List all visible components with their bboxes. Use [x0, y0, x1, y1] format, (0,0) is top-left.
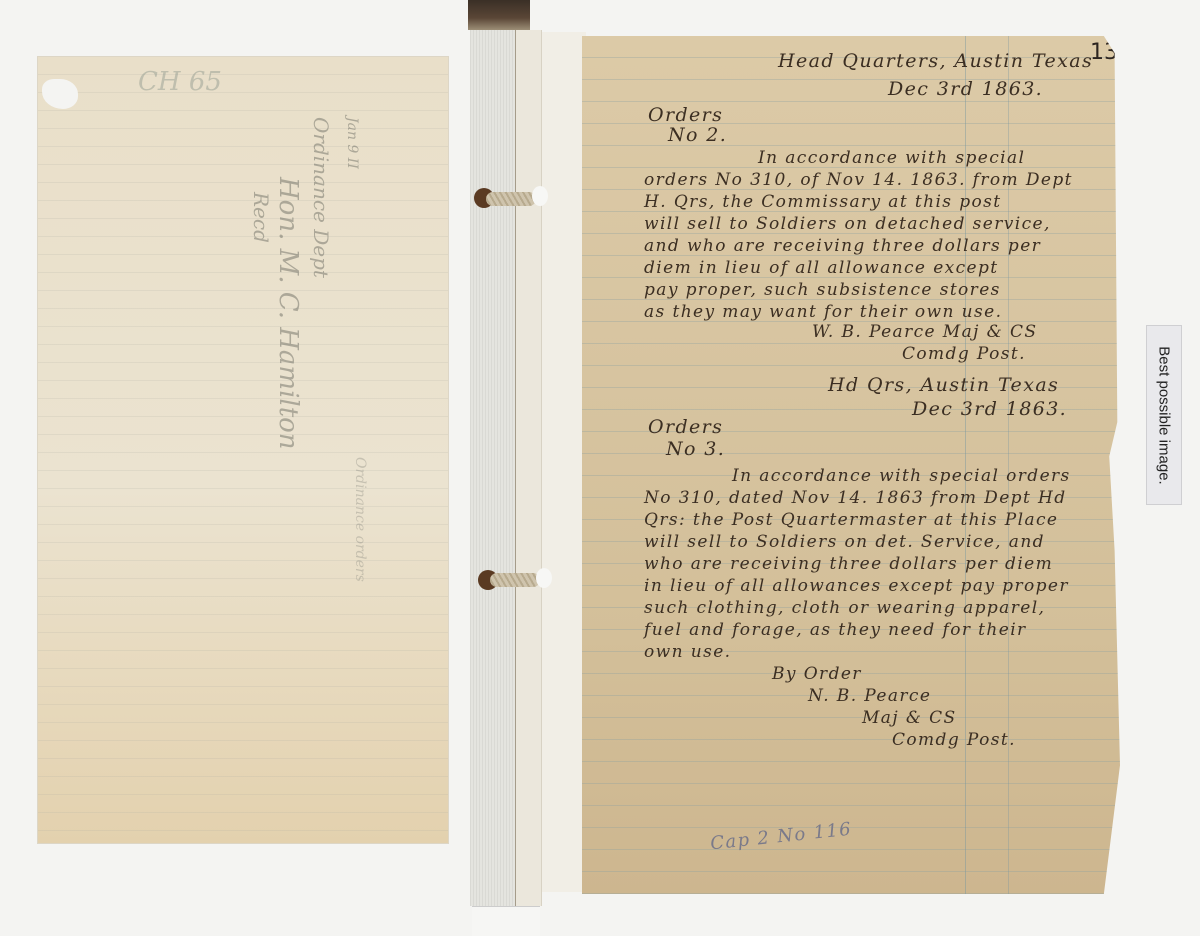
- verso-docket-note: Jan 9 II: [344, 117, 360, 169]
- order-2-body-line: orders No 310, of Nov 14. 1863. from Dep…: [644, 170, 1073, 190]
- order-2-date: Dec 3rd 1863.: [888, 78, 1043, 100]
- order-3-body-line: In accordance with special orders: [732, 466, 1071, 486]
- verso-docket-note: CH 65: [138, 67, 222, 97]
- order-3-by-order: By Order: [772, 664, 862, 684]
- order-2-body-line: diem in lieu of all allowance except: [644, 258, 999, 278]
- order-3-body-line: in lieu of all allowances except pay pro…: [644, 576, 1069, 596]
- order-3-signature-title: Comdg Post.: [892, 730, 1016, 750]
- order-3-body-line: who are receiving three dollars per diem: [644, 554, 1053, 574]
- verso-docket-note: Hon. M. C. Hamilton: [273, 177, 303, 450]
- order-3-date: Dec 3rd 1863.: [912, 398, 1067, 420]
- binding-guard: [516, 30, 542, 906]
- order-3-number: No 3.: [666, 438, 725, 460]
- page-number-mark: 13: [1090, 40, 1118, 65]
- order-2-body-line: H. Qrs, the Commissary at this post: [644, 192, 1002, 212]
- order-2-signature-title: Comdg Post.: [902, 344, 1026, 364]
- verso-docket-note: Ordinance Dept: [309, 117, 333, 278]
- binding-hinge: [542, 32, 586, 892]
- order-3-body-line: fuel and forage, as they need for their: [644, 620, 1027, 640]
- order-2-body-line: pay proper, such subsistence stores: [644, 280, 1001, 300]
- binding-foot: [472, 906, 540, 936]
- order-3-title: Orders: [648, 416, 723, 438]
- order-2-number: No 2.: [668, 124, 727, 146]
- verso-page: Ordinance Dept Jan 9 II Hon. M. C. Hamil…: [38, 57, 448, 843]
- binding-cloth: [470, 30, 516, 906]
- verso-docket-note: Recd: [249, 192, 273, 243]
- binding-string: [490, 573, 540, 587]
- order-3-body-line: such clothing, cloth or wearing apparel,: [644, 598, 1045, 618]
- order-2-title: Orders: [648, 104, 723, 126]
- order-2-signature: W. B. Pearce Maj & CS: [812, 322, 1037, 342]
- order-3-body-line: will sell to Soldiers on det. Service, a…: [644, 532, 1045, 552]
- order-3-body-line: No 310, dated Nov 14. 1863 from Dept Hd: [644, 488, 1066, 508]
- binding-hole: [532, 186, 548, 206]
- order-2-heading: Head Quarters, Austin Texas: [778, 50, 1093, 72]
- order-3-rank: Maj & CS: [862, 708, 957, 728]
- recto-page: 13 Head Quarters, Austin Texas Dec 3rd 1…: [582, 36, 1120, 894]
- binding-string: [486, 192, 536, 206]
- order-2-body-line: will sell to Soldiers on detached servic…: [644, 214, 1051, 234]
- archival-scan: Ordinance Dept Jan 9 II Hon. M. C. Hamil…: [0, 0, 1200, 936]
- binding-top: [468, 0, 530, 30]
- order-2-body-line: and who are receiving three dollars per: [644, 236, 1041, 256]
- paper-tear: [42, 79, 78, 109]
- best-possible-image-label: Best possible image.: [1146, 325, 1182, 505]
- binding-hole: [536, 568, 552, 588]
- order-3-heading: Hd Qrs, Austin Texas: [828, 374, 1059, 396]
- label-text: Best possible image.: [1156, 346, 1173, 484]
- order-3-body-line: Qrs: the Post Quartermaster at this Plac…: [644, 510, 1058, 530]
- verso-bleedthrough-text: Ordinance orders: [352, 457, 368, 582]
- order-3-signature: N. B. Pearce: [808, 686, 931, 706]
- order-2-body-line: In accordance with special: [758, 148, 1025, 168]
- order-2-body-line: as they may want for their own use.: [644, 302, 1002, 322]
- order-3-body-line: own use.: [644, 642, 731, 662]
